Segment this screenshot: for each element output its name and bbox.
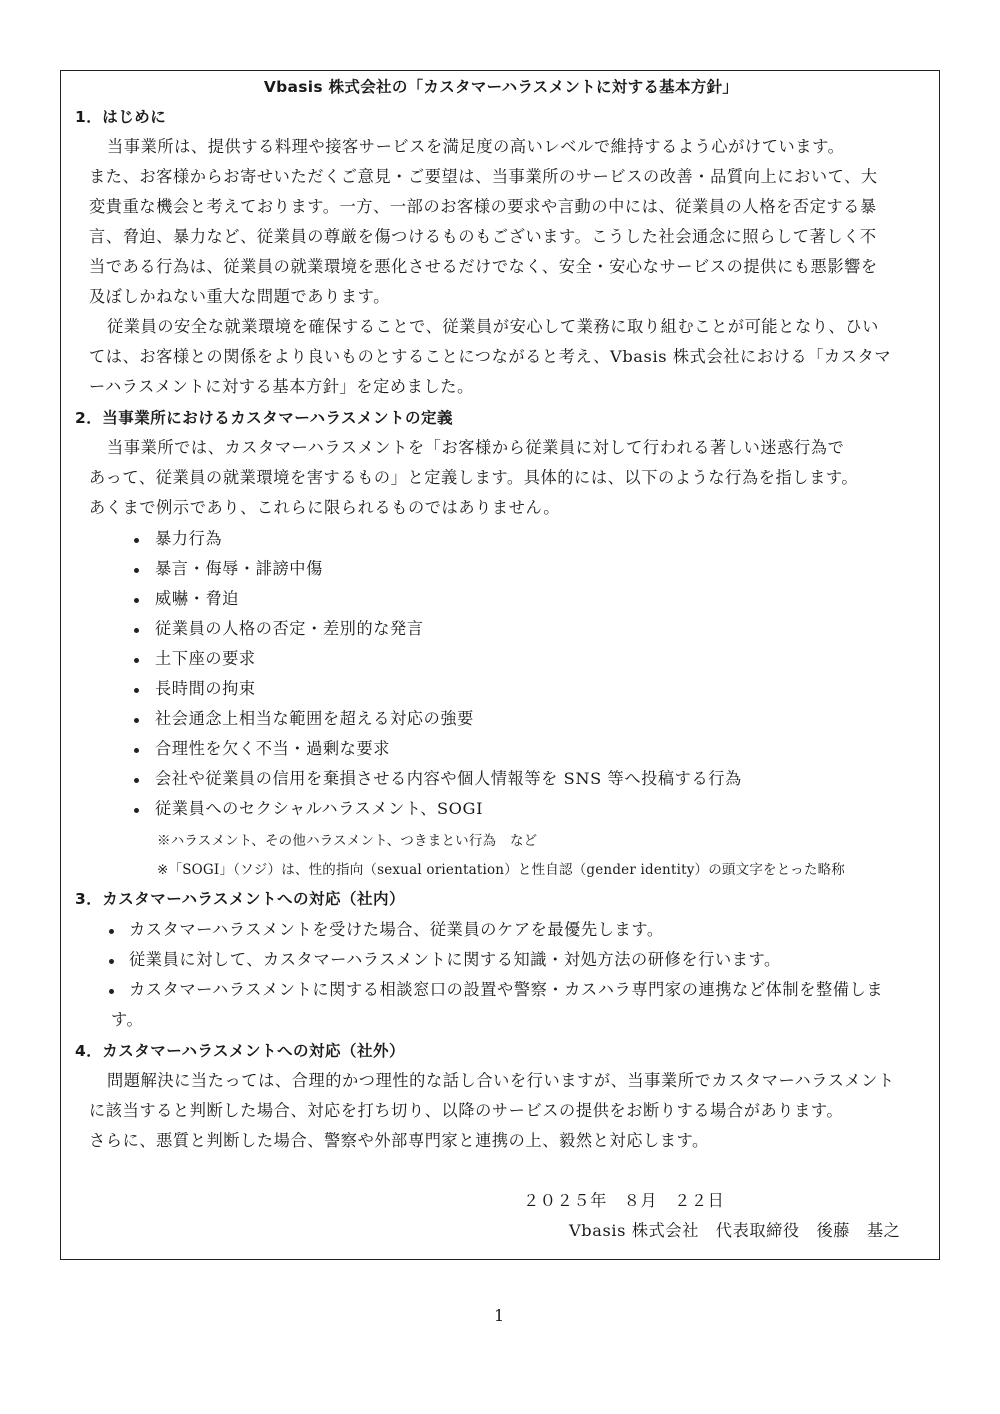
internal-response-item: カスタマーハラスメントに関する相談窓口の設置や警察・カスハラ専門家の連携など体制… — [129, 980, 883, 1000]
document-title: Vbasis 株式会社の「カスタマーハラスメントに対する基本方針」 — [61, 77, 941, 97]
section-4-paragraph-line: 問題解決に当たっては、合理的かつ理性的な話し合いを行いますが、当事業所でカスタマ… — [107, 1071, 895, 1091]
bullet-icon — [134, 658, 139, 663]
footnote-harassment: ※ハラスメント、その他ハラスメント、つきまとい行為 など — [157, 831, 537, 851]
definition-bullet-item: 従業員の人格の否定・差別的な発言 — [155, 619, 424, 639]
internal-response-item: カスタマーハラスメントを受けた場合、従業員のケアを最優先します。 — [129, 920, 664, 940]
bullet-icon — [109, 929, 114, 934]
bullet-icon — [134, 718, 139, 723]
document-date: ２０２５年 ８月 ２２日 — [523, 1191, 724, 1211]
definition-bullet-item: 土下座の要求 — [155, 649, 256, 669]
section-1-paragraph-line: 当事業所は、提供する料理や接客サービスを満足度の高いレベルで維持するよう心がけて… — [107, 137, 844, 157]
section-1-paragraph-line: 言、脅迫、暴力など、従業員の尊厳を傷つけるものもございます。こうした社会通念に照… — [89, 227, 877, 247]
bullet-icon — [134, 598, 139, 603]
section-4-heading: 4．カスタマーハラスメントへの対応（社外） — [75, 1041, 405, 1061]
signature: Vbasis 株式会社 代表取締役 後藤 基之 — [569, 1221, 900, 1241]
definition-bullet-item: 会社や従業員の信用を棄損させる内容や個人情報等を SNS 等へ投稿する行為 — [155, 769, 742, 789]
page-number: 1 — [494, 1306, 504, 1325]
internal-response-item: 従業員に対して、カスタマーハラスメントに関する知識・対処方法の研修を行います。 — [129, 950, 781, 970]
internal-response-item-continuation: す。 — [111, 1010, 143, 1030]
definition-bullet-item: 暴力行為 — [155, 529, 222, 549]
footnote-sogi: ※「SOGI」（ソジ）は、性的指向（sexual orientation）と性自… — [157, 860, 845, 880]
policy-document-frame: Vbasis 株式会社の「カスタマーハラスメントに対する基本方針」 1．はじめに… — [60, 70, 940, 1260]
bullet-icon — [134, 808, 139, 813]
section-4-paragraph-line: さらに、悪質と判断した場合、警察や外部専門家と連携の上、毅然と対応します。 — [89, 1131, 709, 1151]
definition-bullet-item: 合理性を欠く不当・過剰な要求 — [155, 739, 390, 759]
section-1-paragraph-line: ーハラスメントに対する基本方針」を定めました。 — [89, 377, 474, 397]
bullet-icon — [109, 959, 114, 964]
bullet-icon — [134, 688, 139, 693]
section-2-paragraph-line: あくまで例示であり、これらに限られるものではありません。 — [89, 498, 560, 518]
section-2-paragraph-line: あって、従業員の就業環境を害するもの」と定義します。具体的には、以下のような行為… — [89, 468, 858, 488]
bullet-icon — [134, 538, 139, 543]
section-1-paragraph-line: 当である行為は、従業員の就業環境を悪化させるだけでなく、安全・安心なサービスの提… — [89, 257, 878, 277]
section-1-paragraph-line: ては、お客様との関係をより良いものとすることにつながると考え、Vbasis 株式… — [89, 347, 891, 367]
definition-bullet-item: 長時間の拘束 — [155, 679, 256, 699]
bullet-icon — [109, 989, 114, 994]
section-1-paragraph-line: 従業員の安全な就業環境を確保することで、従業員が安心して業務に取り組むことが可能… — [107, 317, 879, 337]
section-2-paragraph-line: 当事業所では、カスタマーハラスメントを「お客様から従業員に対して行われる著しい迷… — [107, 438, 844, 458]
section-1-paragraph-line: 変貴重な機会と考えております。一方、一部のお客様の要求や言動の中には、従業員の人… — [89, 197, 877, 217]
definition-bullet-item: 社会通念上相当な範囲を超える対応の強要 — [155, 709, 474, 729]
bullet-icon — [134, 568, 139, 573]
bullet-icon — [134, 778, 139, 783]
definition-bullet-item: 暴言・侮辱・誹謗中傷 — [155, 559, 323, 579]
bullet-icon — [134, 748, 139, 753]
section-1-heading: 1．はじめに — [75, 107, 166, 127]
section-1-paragraph-line: 及ぼしかねない重大な問題であります。 — [89, 287, 390, 307]
bullet-icon — [134, 628, 139, 633]
definition-bullet-item: 威嚇・脅迫 — [155, 589, 239, 609]
section-1-paragraph-line: また、お客様からお寄せいただくご意見・ご要望は、当事業所のサービスの改善・品質向… — [89, 167, 878, 187]
section-3-heading: 3．カスタマーハラスメントへの対応（社内） — [75, 889, 405, 909]
section-4-paragraph-line: に該当すると判断した場合、対応を打ち切り、以降のサービスの提供をお断りする場合が… — [89, 1101, 843, 1121]
section-2-heading: 2．当事業所におけるカスタマーハラスメントの定義 — [75, 408, 453, 428]
definition-bullet-item: 従業員へのセクシャルハラスメント、SOGI — [155, 799, 483, 819]
